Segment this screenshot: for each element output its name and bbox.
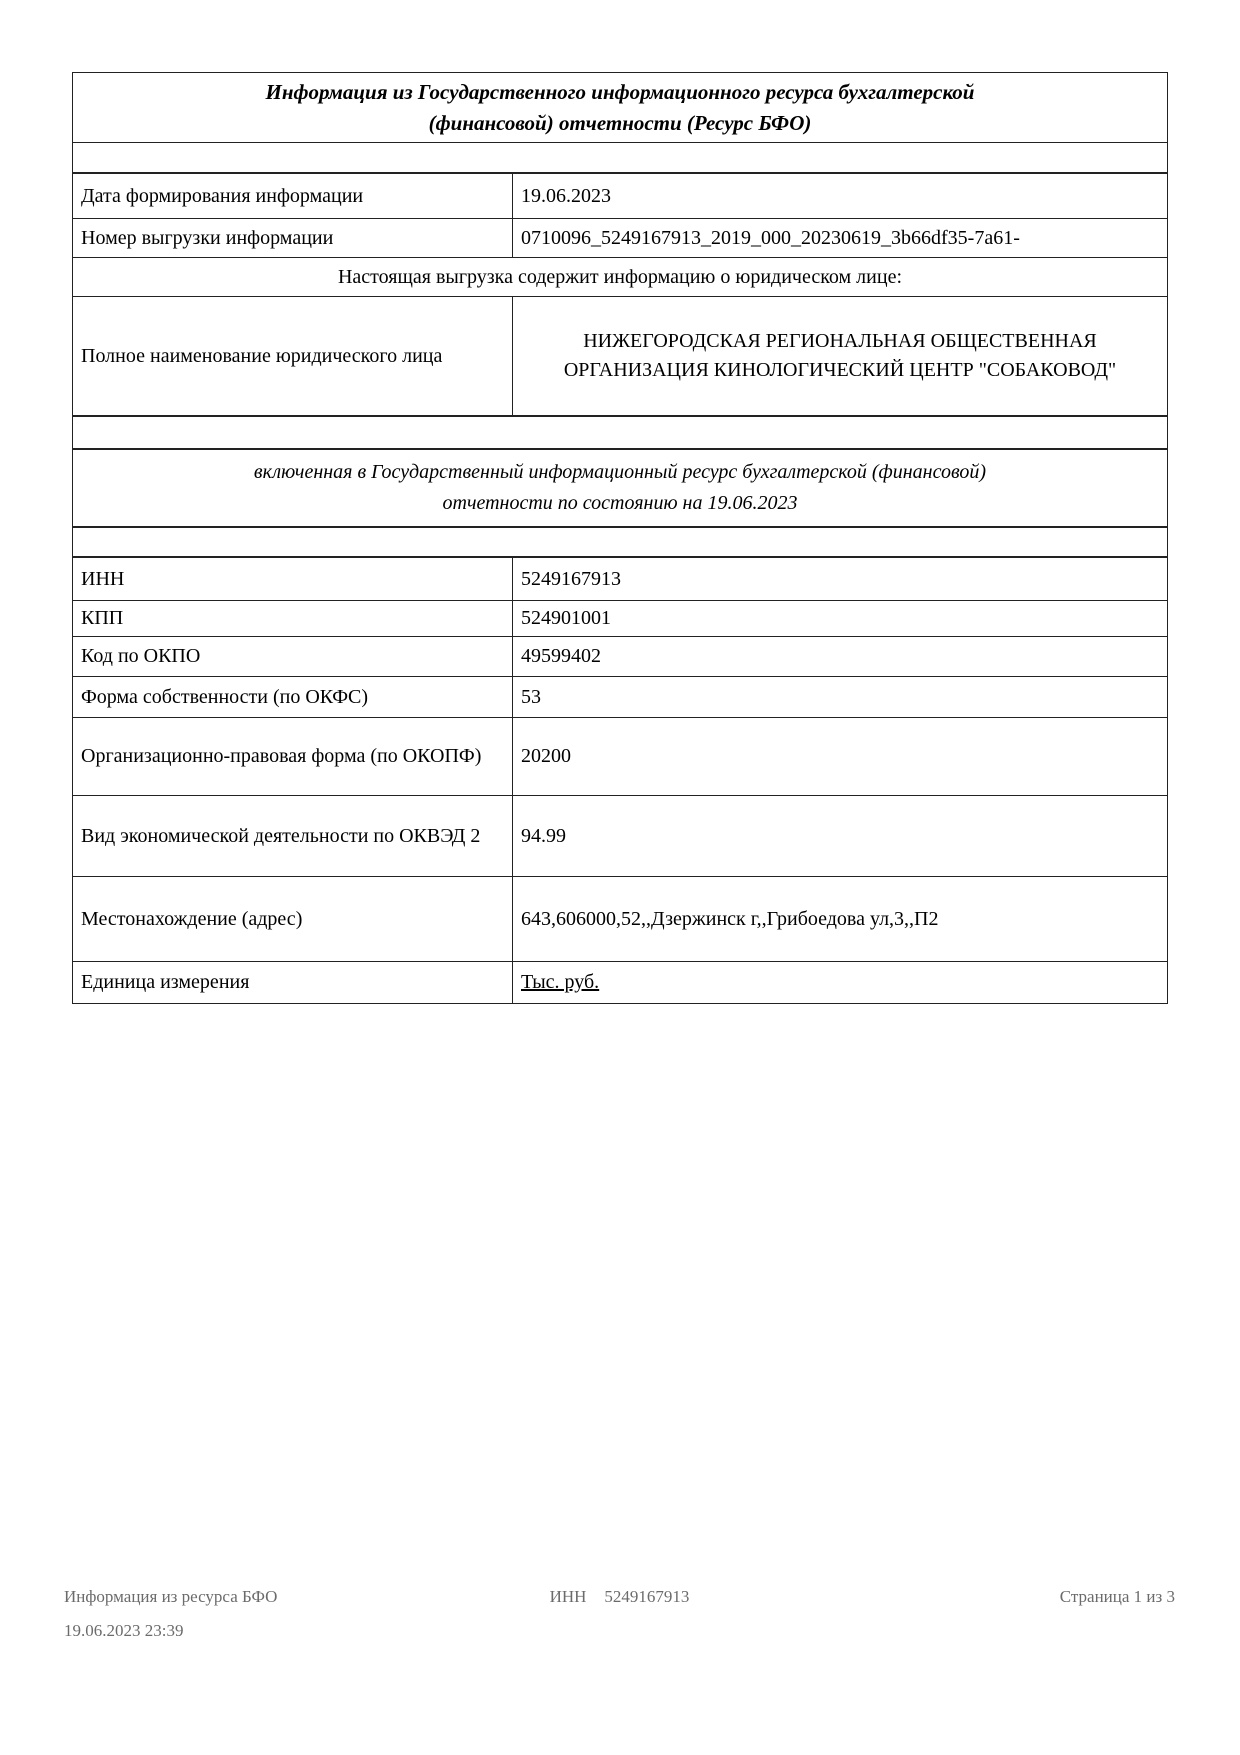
table-row: Настоящая выгрузка содержит информацию о… xyxy=(73,258,1168,297)
table-row xyxy=(73,528,1168,557)
spacer-row xyxy=(73,417,1168,449)
details-table: ИНН 5249167913 КПП 524901001 Код по ОКПО… xyxy=(72,557,1168,1004)
table-row: Код по ОКПО 49599402 xyxy=(73,637,1168,677)
field-label: Местонахождение (адрес) xyxy=(73,877,513,962)
field-value: 20200 xyxy=(513,718,1168,796)
table-row xyxy=(73,143,1168,173)
included-note-table: включенная в Государственный информацион… xyxy=(72,449,1168,527)
document-title: Информация из Государственного информаци… xyxy=(210,77,1030,138)
table-row: КПП 524901001 xyxy=(73,601,1168,637)
field-value: 49599402 xyxy=(513,637,1168,677)
field-value: 524901001 xyxy=(513,601,1168,637)
meta-table: Дата формирования информации 19.06.2023 … xyxy=(72,173,1168,416)
entity-name-label: Полное наименование юридического лица xyxy=(73,297,513,416)
spacer-table xyxy=(72,527,1168,557)
field-value: 643,606000,52,,Дзержинск г,,Грибоедова у… xyxy=(513,877,1168,962)
table-row xyxy=(73,417,1168,449)
table-row: Организационно-правовая форма (по ОКОПФ)… xyxy=(73,718,1168,796)
field-label: Форма собственности (по ОКФС) xyxy=(73,677,513,718)
spacer-row xyxy=(73,528,1168,557)
footer-page-indicator: Страница 1 из 3 xyxy=(805,1588,1175,1605)
table-row: Местонахождение (адрес) 643,606000,52,,Д… xyxy=(73,877,1168,962)
field-value: 94.99 xyxy=(513,796,1168,877)
field-label: Вид экономической деятельности по ОКВЭД … xyxy=(73,796,513,877)
field-value: 19.06.2023 xyxy=(513,174,1168,219)
document-title-cell: Информация из Государственного информаци… xyxy=(73,73,1168,143)
page-footer: Информация из ресурса БФО 19.06.2023 23:… xyxy=(64,1588,1175,1639)
footer-inn-label: ИНН xyxy=(550,1587,587,1606)
document-page: Информация из Государственного информаци… xyxy=(0,0,1240,1755)
footer-inn-block: ИНН5249167913 xyxy=(434,1588,804,1605)
entity-name-value: НИЖЕГОРОДСКАЯ РЕГИОНАЛЬНАЯ ОБЩЕСТВЕННАЯ … xyxy=(513,297,1168,416)
table-row: Вид экономической деятельности по ОКВЭД … xyxy=(73,796,1168,877)
footer-inn-value: 5249167913 xyxy=(604,1587,689,1606)
field-value: Тыс. руб. xyxy=(513,962,1168,1004)
included-note-cell: включенная в Государственный информацион… xyxy=(73,450,1168,527)
field-label: Номер выгрузки информации xyxy=(73,219,513,258)
statement-line: Настоящая выгрузка содержит информацию о… xyxy=(73,258,1168,297)
field-label: Дата формирования информации xyxy=(73,174,513,219)
field-value: 5249167913 xyxy=(513,558,1168,601)
table-row: ИНН 5249167913 xyxy=(73,558,1168,601)
field-label: Организационно-правовая форма (по ОКОПФ) xyxy=(73,718,513,796)
field-label: Единица измерения xyxy=(73,962,513,1004)
included-note: включенная в Государственный информацион… xyxy=(250,457,990,519)
spacer-table xyxy=(72,416,1168,449)
field-label: ИНН xyxy=(73,558,513,601)
table-row: включенная в Государственный информацион… xyxy=(73,450,1168,527)
field-value: 0710096_5249167913_2019_000_20230619_3b6… xyxy=(513,219,1168,258)
table-row: Полное наименование юридического лица НИ… xyxy=(73,297,1168,416)
table-row: Единица измерения Тыс. руб. xyxy=(73,962,1168,1004)
footer-datetime: 19.06.2023 23:39 xyxy=(64,1622,434,1639)
field-value: 53 xyxy=(513,677,1168,718)
field-label: Код по ОКПО xyxy=(73,637,513,677)
footer-source-block: Информация из ресурса БФО 19.06.2023 23:… xyxy=(64,1588,434,1639)
table-row: Форма собственности (по ОКФС) 53 xyxy=(73,677,1168,718)
spacer-row xyxy=(73,143,1168,173)
title-table: Информация из Государственного информаци… xyxy=(72,72,1168,173)
footer-source: Информация из ресурса БФО xyxy=(64,1588,434,1605)
table-row: Номер выгрузки информации 0710096_524916… xyxy=(73,219,1168,258)
table-row: Информация из Государственного информаци… xyxy=(73,73,1168,143)
table-row: Дата формирования информации 19.06.2023 xyxy=(73,174,1168,219)
field-label: КПП xyxy=(73,601,513,637)
